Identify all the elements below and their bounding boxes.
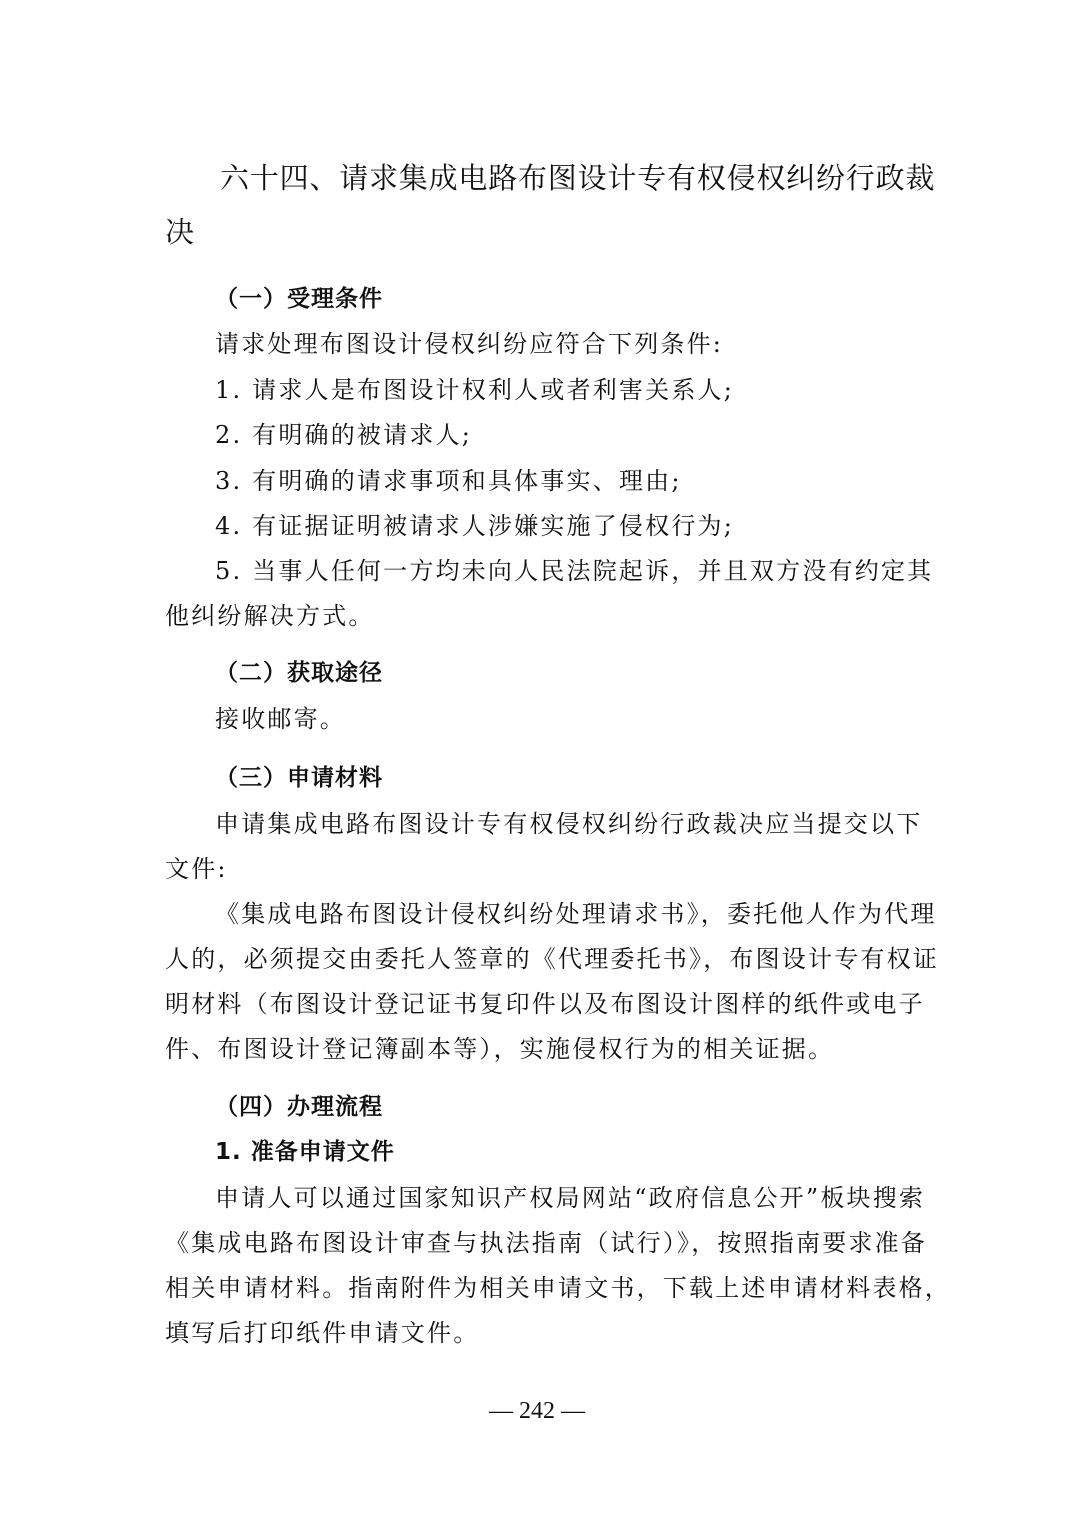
paragraph-line: 明材料（布图设计登记证书复印件以及布图设计图样的纸件或电子 <box>165 989 915 1019</box>
paragraph-line: 申请人可以通过国家知识产权局网站“政府信息公开”板块搜索 <box>215 1183 965 1213</box>
document-page: 六十四、请求集成电路布图设计专有权侵权纠纷行政裁 决 （一）受理条件 请求处理布… <box>0 0 1074 1520</box>
paragraph-line: 填写后打印纸件申请文件。 <box>165 1318 915 1348</box>
section-heading-application-materials: （三）申请材料 <box>215 763 965 793</box>
list-item-continuation: 他纠纷解决方式。 <box>165 601 915 631</box>
subheading-prepare-documents: 1. 准备申请文件 <box>215 1137 965 1167</box>
section-heading-acceptance-conditions: （一）受理条件 <box>215 284 965 314</box>
paragraph-line: 《集成电路布图设计侵权纠纷处理请求书》，委托他人作为代理 <box>215 899 965 929</box>
paragraph-line: 请求处理布图设计侵权纠纷应符合下列条件: <box>215 329 965 359</box>
page-title-line-2: 决 <box>165 214 915 250</box>
paragraph-line: 《集成电路布图设计审查与执法指南（试行）》，按照指南要求准备 <box>165 1228 915 1258</box>
list-item: 3. 有明确的请求事项和具体事实、理由; <box>215 466 965 496</box>
paragraph-line: 相关申请材料。指南附件为相关申请文书，下载上述申请材料表格， <box>165 1273 915 1303</box>
paragraph-line: 申请集成电路布图设计专有权侵权纠纷行政裁决应当提交以下 <box>215 809 965 839</box>
paragraph-line: 文件: <box>165 854 915 884</box>
paragraph-line: 人的，必须提交由委托人签章的《代理委托书》，布图设计专有权证 <box>165 944 915 974</box>
list-item: 2. 有明确的被请求人; <box>215 420 965 450</box>
paragraph-line: 接收邮寄。 <box>215 704 965 734</box>
list-item: 5. 当事人任何一方均未向人民法院起诉，并且双方没有约定其 <box>215 556 965 586</box>
list-item: 1. 请求人是布图设计权利人或者利害关系人; <box>215 375 965 405</box>
page-number: — 242 — <box>0 1396 1074 1426</box>
paragraph-line: 件、布图设计登记簿副本等），实施侵权行为的相关证据。 <box>165 1034 915 1064</box>
section-heading-access-channel: （二）获取途径 <box>215 658 965 688</box>
list-item: 4. 有证据证明被请求人涉嫌实施了侵权行为; <box>215 511 965 541</box>
section-heading-procedure: （四）办理流程 <box>215 1092 965 1122</box>
page-title-line-1: 六十四、请求集成电路布图设计专有权侵权纠纷行政裁 <box>220 160 970 196</box>
